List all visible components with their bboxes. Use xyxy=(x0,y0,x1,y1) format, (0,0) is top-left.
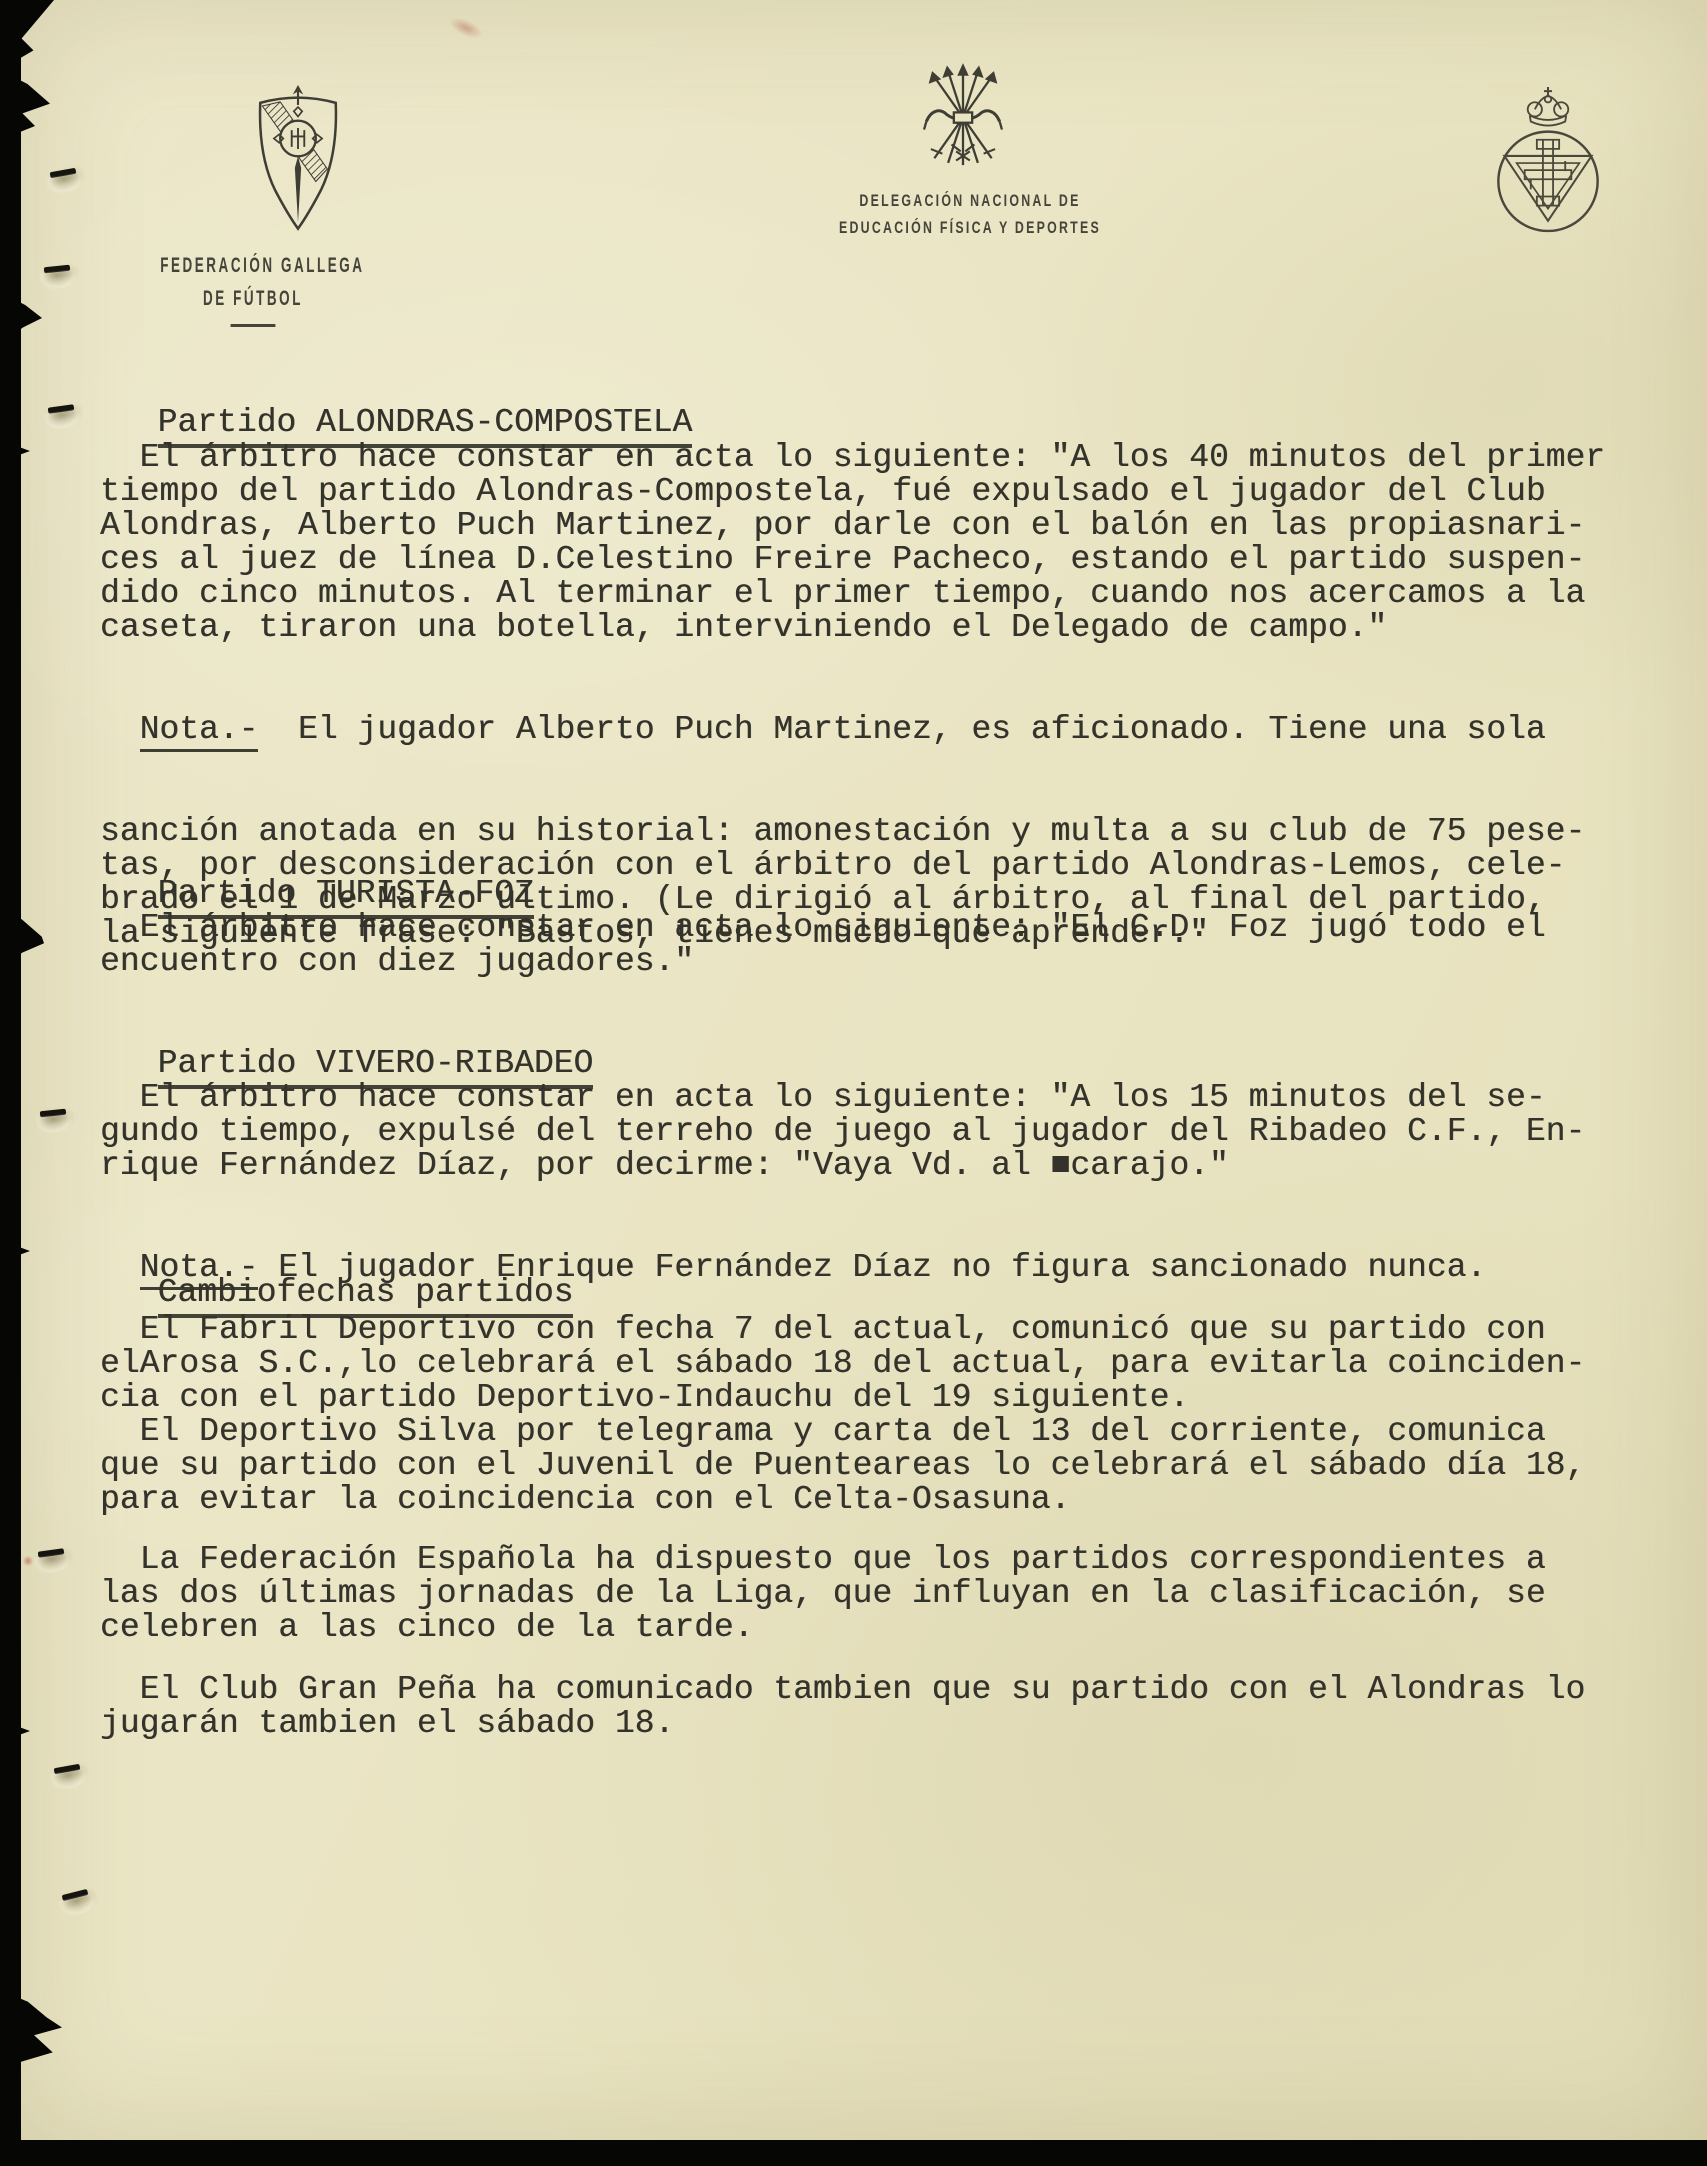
scan-edge-bottom xyxy=(0,2140,1707,2166)
org-name-left: FEDERACIÓN GALLEGA DE FÚTBOL xyxy=(160,254,346,327)
nota-label: Nota.- xyxy=(140,711,259,752)
delegation-line2: EDUCACIÓN FÍSICA Y DEPORTES xyxy=(834,219,1107,238)
paragraph-referee-report-turista: El árbitro hace constar en acta lo sigui… xyxy=(100,911,1546,979)
ink-speck xyxy=(22,1556,34,1566)
org-name-line2: DE FÚTBOL xyxy=(160,287,346,311)
typed-line: jugarán tambien el sábado 18. xyxy=(100,1707,1585,1741)
paragraph-referee-report-vivero: El árbitro hace constar en acta lo sigui… xyxy=(100,1081,1585,1183)
org-name-center: DELEGACIÓN NACIONAL DE EDUCACIÓN FÍSICA … xyxy=(834,192,1107,238)
paragraph-date-changes: El Fabril Deportivo con fecha 7 del actu… xyxy=(100,1313,1585,1517)
staple-mark xyxy=(40,1109,66,1118)
typed-line: El árbitro hace constar en acta lo sigui… xyxy=(100,1081,1585,1115)
org-name-line1: FEDERACIÓN GALLEGA xyxy=(160,254,346,278)
typed-line: elArosa S.C.,lo celebrará el sábado 18 d… xyxy=(100,1347,1585,1381)
section-heading-alondras-compostela: Partido ALONDRAS-COMPOSTELA xyxy=(118,372,692,448)
paragraph-gran-pena: El Club Gran Peña ha comunicado tambien … xyxy=(100,1673,1585,1741)
typed-line: para evitar la coincidencia con el Celta… xyxy=(100,1483,1585,1517)
section-heading-cambiofechas: Cambiofechas partidos xyxy=(118,1242,573,1318)
typed-line: El Club Gran Peña ha comunicado tambien … xyxy=(100,1673,1585,1707)
typed-line: rique Fernández Díaz, por decirme: "Vaya… xyxy=(100,1149,1585,1183)
paragraph-federacion-espanola: La Federación Española ha dispuesto que … xyxy=(100,1543,1546,1645)
typed-line: El árbitro hace constar en acta lo sigui… xyxy=(100,441,1605,475)
crowned-federation-crest-icon xyxy=(1492,84,1604,236)
typed-line: El Deportivo Silva por telegrama y carta… xyxy=(100,1415,1585,1449)
org-divider xyxy=(231,324,276,327)
falange-yoke-and-arrows-icon xyxy=(915,62,1011,172)
paragraph-referee-report-alondras: El árbitro hace constar en acta lo sigui… xyxy=(100,441,1605,645)
typed-line: El Fabril Deportivo con fecha 7 del actu… xyxy=(100,1313,1585,1347)
typed-line: gundo tiempo, expulsé del terreho de jue… xyxy=(100,1115,1585,1149)
typed-line: que su partido con el Juvenil de Puentea… xyxy=(100,1449,1585,1483)
typed-line: las dos últimas jornadas de la Liga, que… xyxy=(100,1577,1546,1611)
scanned-page: { "colors": { "paper": "#e9e4c3", "typew… xyxy=(0,0,1707,2166)
typed-line: celebren a las cinco de la tarde. xyxy=(100,1611,1546,1645)
section-heading-vivero-ribadeo: Partido VIVERO-RIBADEO xyxy=(118,1013,593,1089)
delegation-line1: DELEGACIÓN NACIONAL DE xyxy=(834,192,1107,211)
typed-line: tiempo del partido Alondras-Compostela, … xyxy=(100,475,1605,509)
typed-line: ces al juez de línea D.Celestino Freire … xyxy=(100,543,1605,577)
federation-shield-icon xyxy=(245,84,351,236)
typed-line: El árbitro hace constar en acta lo sigui… xyxy=(100,911,1546,945)
typed-line: La Federación Española ha dispuesto que … xyxy=(100,1543,1546,1577)
typed-line: dido cinco minutos. Al terminar el prime… xyxy=(100,577,1605,611)
typed-line: Nota.- El jugador Alberto Puch Martinez,… xyxy=(100,713,1585,747)
typed-line: caseta, tiraron una botella, intervinien… xyxy=(100,611,1605,645)
typed-line: encuentro con diez jugadores." xyxy=(100,945,1546,979)
staple-mark xyxy=(44,265,70,274)
typed-line: cia con el partido Deportivo-Indauchu de… xyxy=(100,1381,1585,1415)
typed-line: Alondras, Alberto Puch Martinez, por dar… xyxy=(100,509,1605,543)
section-heading-turista-foz: Partido TURISTA-FOZ xyxy=(118,843,534,919)
